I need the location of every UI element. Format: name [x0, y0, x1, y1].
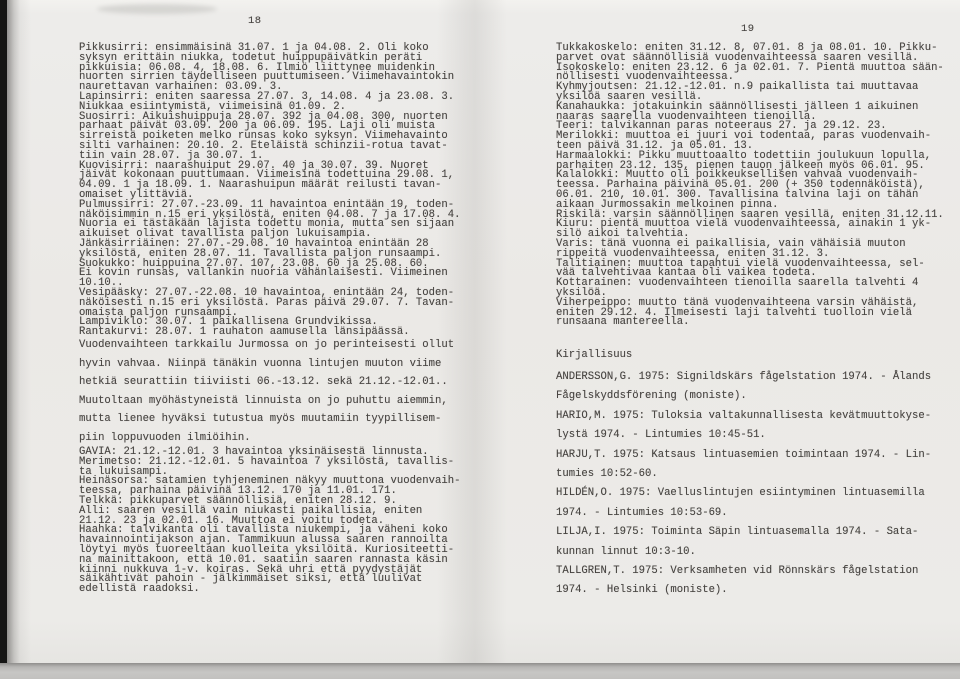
text-line: Vuodenvaihteen tarkkailu Jurmossa on jo … — [79, 336, 454, 355]
text-line: edellistä raadoksi. — [79, 585, 460, 595]
autumn-species-accounts: Pikkusirri: ensimmäisinä 31.07. 1 ja 04.… — [79, 44, 460, 338]
scan-smudge — [97, 4, 217, 14]
text-line: 1974. - Helsinki (moniste). — [556, 581, 931, 600]
text-line: hetkiä seurattiin tiiviisti 06.-13.12. s… — [79, 373, 454, 392]
text-line: HILDÉN,O. 1975: Vaelluslintujen esiintym… — [556, 484, 931, 503]
text-line: runsaana mantereella. — [556, 318, 944, 328]
scanned-document-spread: 18 Pikkusirri: ensimmäisinä 31.07. 1 ja … — [0, 0, 960, 679]
yearend-intro-paragraph: Vuodenvaihteen tarkkailu Jurmossa on jo … — [79, 336, 454, 448]
text-line: TALLGREN,T. 1975: Verksamheten vid Rönns… — [556, 562, 931, 581]
scanner-bed-strip — [0, 663, 960, 679]
text-line: LILJA,I. 1975: Toiminta Säpin lintuasema… — [556, 523, 931, 542]
page-number-18: 18 — [248, 15, 262, 27]
text-line: ANDERSSON,G. 1975: Signildskärs fågelsta… — [556, 368, 931, 387]
literature-heading: Kirjallisuus — [556, 349, 632, 361]
text-line: kunnan linnut 10:3-10. — [556, 543, 931, 562]
text-line: hyvin vahvaa. Niinpä tänäkin vuonna lint… — [79, 355, 454, 374]
scanner-edge-strip — [0, 0, 7, 679]
text-line: HARJU,T. 1975: Katsaus lintuasemien toim… — [556, 446, 931, 465]
text-line: tumies 10:52-60. — [556, 465, 931, 484]
literature-references: ANDERSSON,G. 1975: Signildskärs fågelsta… — [556, 368, 931, 601]
winter-species-accounts-right: Tukkakoskelo: eniten 31.12. 8, 07.01. 8 … — [556, 44, 944, 328]
page-number-19: 19 — [741, 23, 755, 35]
text-line: 1974. - Lintumies 10:53-69. — [556, 504, 931, 523]
text-line: piin loppuvuoden ilmiöihin. — [79, 429, 454, 448]
text-line: HARIO,M. 1975: Tuloksia valtakunnallises… — [556, 407, 931, 426]
text-line: Kottarainen: vuodenvaihteen tienoilla sa… — [556, 279, 944, 289]
text-line: Ei kovin runsas, vallankin nuoria vähänl… — [79, 269, 460, 279]
text-line: lystä 1974. - Lintumies 10:45-51. — [556, 426, 931, 445]
text-line: Fågelskyddsförening (moniste). — [556, 387, 931, 406]
text-line: Muutoltaan myöhästyneistä linnuista on j… — [79, 392, 454, 411]
winter-species-accounts-left: GAVIA: 21.12.-12.01. 3 havaintoa yksinäi… — [79, 448, 460, 595]
text-line: mutta lienee hyväksi tutustua myös muuta… — [79, 410, 454, 429]
